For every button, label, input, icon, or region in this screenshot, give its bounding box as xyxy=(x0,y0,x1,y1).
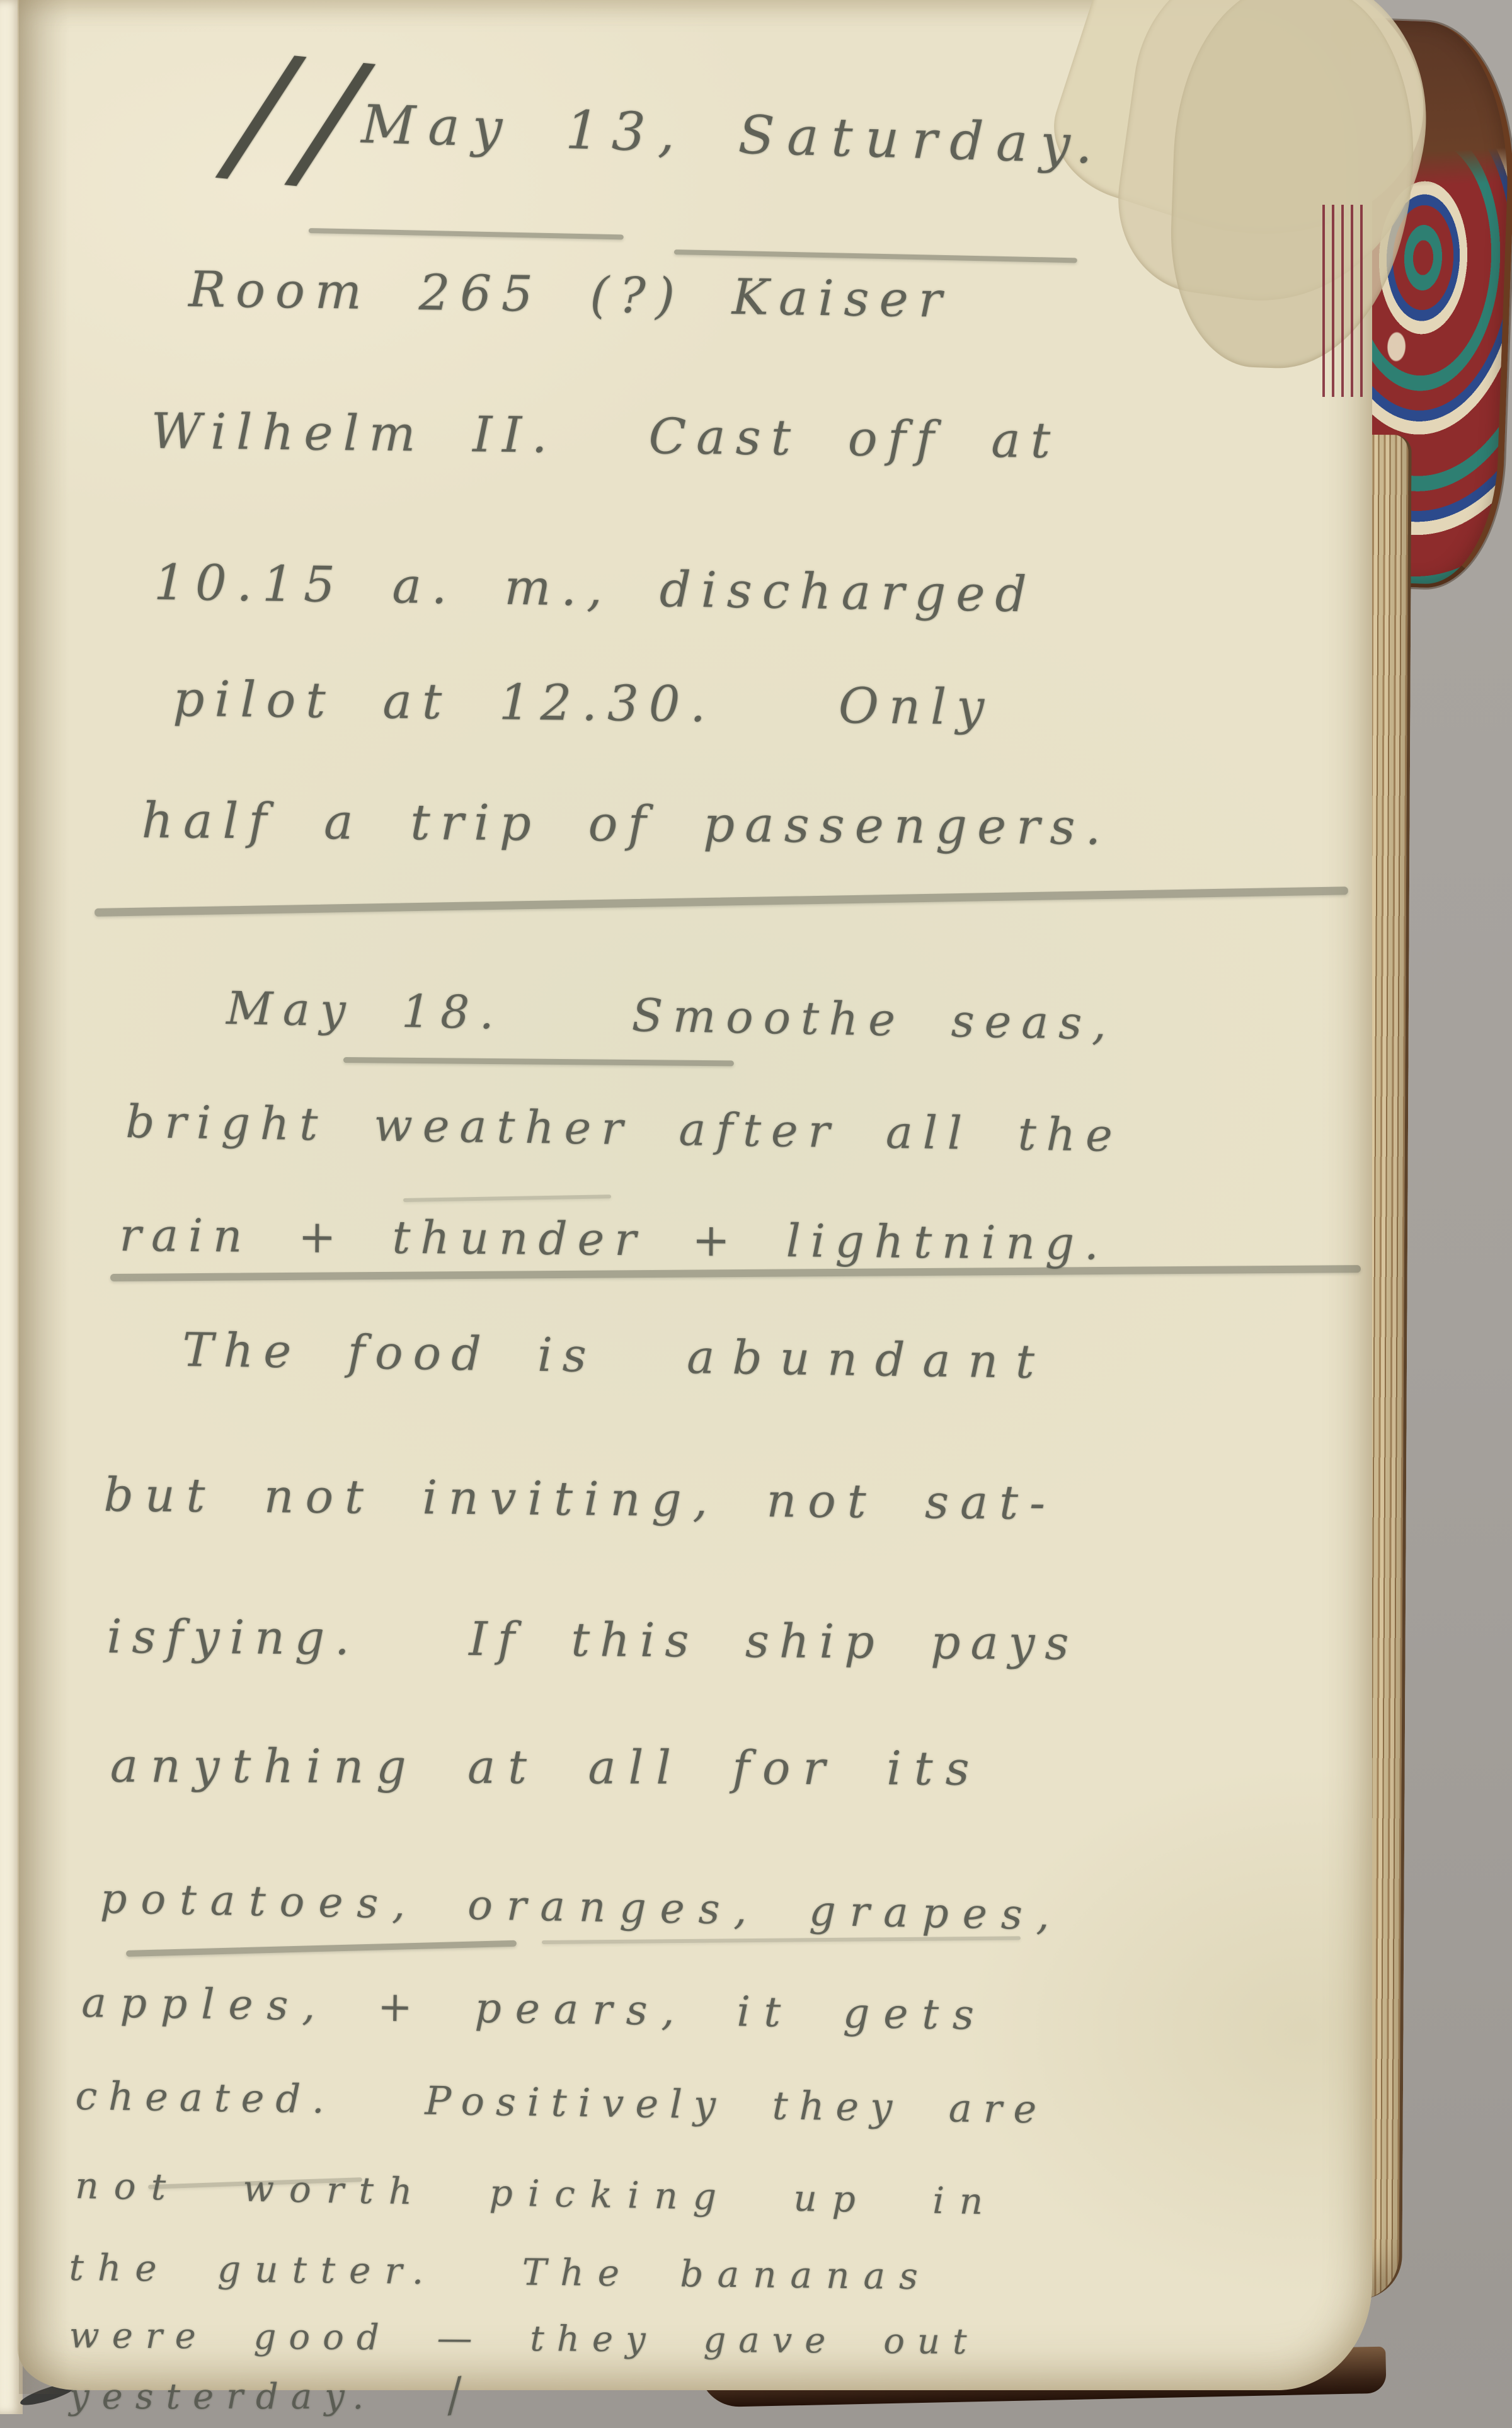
end-stroke-mark: / xyxy=(442,2365,479,2421)
handwriting-segment: but not inviting, not sat- xyxy=(103,1468,1057,1530)
handwriting-line: yesterday. / xyxy=(69,2368,474,2419)
handwriting-segment: Only xyxy=(838,678,994,736)
handwriting-segment: isfying. xyxy=(106,1610,360,1666)
handwriting-line: half a trip of passengers. xyxy=(141,793,1111,856)
handwriting-line: rain + thunder + lightning. xyxy=(119,1208,1109,1270)
handwriting-segment: The bananas xyxy=(522,2251,932,2298)
handwriting-segment: Room 265 (?) Kaiser xyxy=(188,261,953,329)
handwriting-segment: May 18. xyxy=(226,982,505,1039)
handwriting-segment: yesterday. xyxy=(69,2376,376,2417)
handwriting-segment: Wilhelm II. xyxy=(151,403,558,464)
handwriting-segment: The food is xyxy=(182,1323,597,1383)
handwriting-segment: cheated. xyxy=(75,2073,336,2122)
handwriting-line: pilot at 12.30. Only xyxy=(173,671,995,736)
handwriting-line: Wilhelm II. Cast off at xyxy=(151,403,1061,469)
handwriting-line: the gutter. The bananas xyxy=(69,2246,932,2298)
photo-scene: // May 13, Saturday. Room 265 (?) Kaiser… xyxy=(0,0,1512,2428)
handwriting-segment: rain + thunder + lightning. xyxy=(119,1208,1109,1270)
handwriting-segment: the gutter. xyxy=(69,2246,437,2293)
handwriting-segment: were good — they gave out xyxy=(69,2315,980,2362)
handwriting-line: Room 265 (?) Kaiser xyxy=(188,261,953,329)
handwriting-segment: If this ship pays xyxy=(469,1612,1079,1671)
gutter-shadow xyxy=(19,0,69,2394)
handwriting-segment: anything at all for its xyxy=(110,1739,982,1796)
handwriting-line: isfying. If this ship pays xyxy=(106,1610,1079,1671)
handwriting-segment: Positively they are xyxy=(425,2078,1048,2133)
handwriting-segment: half a trip of passengers. xyxy=(141,793,1111,856)
handwriting-segment: pilot at 12.30. xyxy=(173,671,716,733)
handwriting-segment: Cast off at xyxy=(648,408,1061,469)
section-divider-mark: // xyxy=(226,19,383,215)
handwriting-line: anything at all for its xyxy=(110,1739,982,1796)
red-page-edge-stripes xyxy=(1315,205,1365,397)
handwriting-segment: abundant xyxy=(687,1330,1053,1389)
handwriting-segment: Smoothe seas, xyxy=(631,988,1117,1050)
handwriting-line: were good — they gave out xyxy=(69,2315,980,2362)
handwriting-line: but not inviting, not sat- xyxy=(103,1468,1057,1530)
